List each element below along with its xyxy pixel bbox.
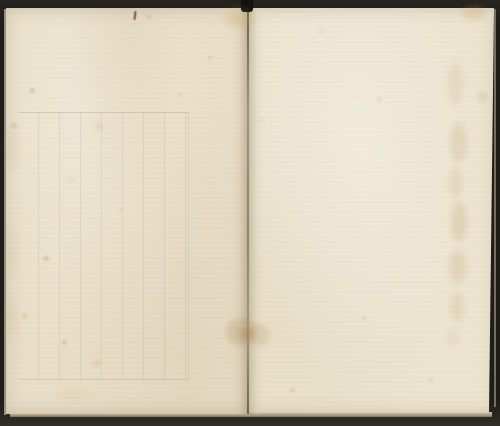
- book-gutter-fold: [247, 8, 249, 414]
- book-scan: [0, 0, 500, 426]
- binding-notch: [241, 0, 253, 12]
- left-page: [6, 8, 248, 414]
- show-through-table: [18, 112, 189, 380]
- right-page-edge: [494, 9, 496, 407]
- right-page: [248, 8, 494, 413]
